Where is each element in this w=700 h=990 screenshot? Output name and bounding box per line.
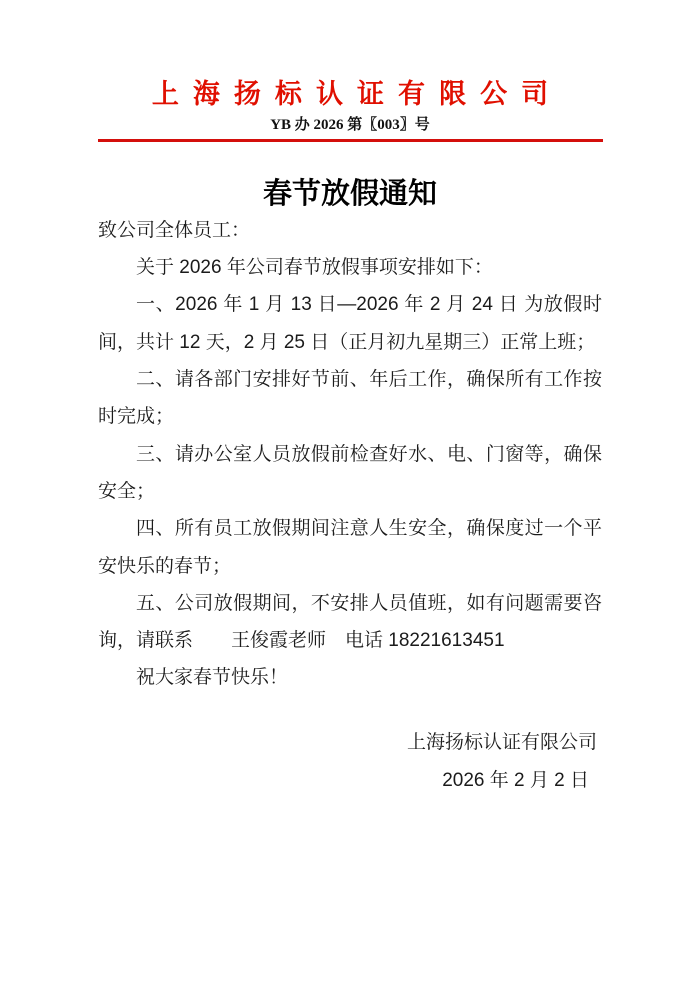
doc-number: YB 办 2026 第〖003〗号 <box>0 117 700 134</box>
closing-line: 祝大家春节快乐！ <box>98 659 602 696</box>
signature-company: 上海扬标认证有限公司 <box>0 724 700 762</box>
document-page: 上海扬标认证有限公司 YB 办 2026 第〖003〗号 春节放假通知 致公司全… <box>0 0 700 990</box>
notice-item-5: 五、公司放假期间，不安排人员值班，如有问题需要咨询，请联系 王俊霞老师 电话 1… <box>98 585 602 660</box>
notice-item-1: 一、2026 年 1 月 13 日—2026 年 2 月 24 日 为放假时间，… <box>98 286 602 361</box>
notice-item-3: 三、请办公室人员放假前检查好水、电、门窗等，确保安全； <box>98 436 602 511</box>
signature-block: 上海扬标认证有限公司 2026 年 2 月 2 日 <box>0 724 700 800</box>
notice-item-4: 四、所有员工放假期间注意人生安全，确保度过一个平安快乐的春节； <box>98 510 602 585</box>
letterhead: 上海扬标认证有限公司 YB 办 2026 第〖003〗号 <box>0 0 700 142</box>
letterhead-divider <box>98 139 603 142</box>
salutation: 致公司全体员工： <box>98 212 602 249</box>
letterhead-company-name: 上海扬标认证有限公司 <box>0 78 700 110</box>
notice-body: 春节放假通知 致公司全体员工： 关于 2026 年公司春节放假事项安排如下： 一… <box>0 176 700 800</box>
notice-item-2: 二、请各部门安排好节前、年后工作，确保所有工作按时完成； <box>98 361 602 436</box>
intro-paragraph: 关于 2026 年公司春节放假事项安排如下： <box>98 249 602 286</box>
notice-title: 春节放假通知 <box>0 176 700 212</box>
notice-text: 致公司全体员工： 关于 2026 年公司春节放假事项安排如下： 一、2026 年… <box>98 212 602 697</box>
signature-date: 2026 年 2 月 2 日 <box>0 762 700 800</box>
